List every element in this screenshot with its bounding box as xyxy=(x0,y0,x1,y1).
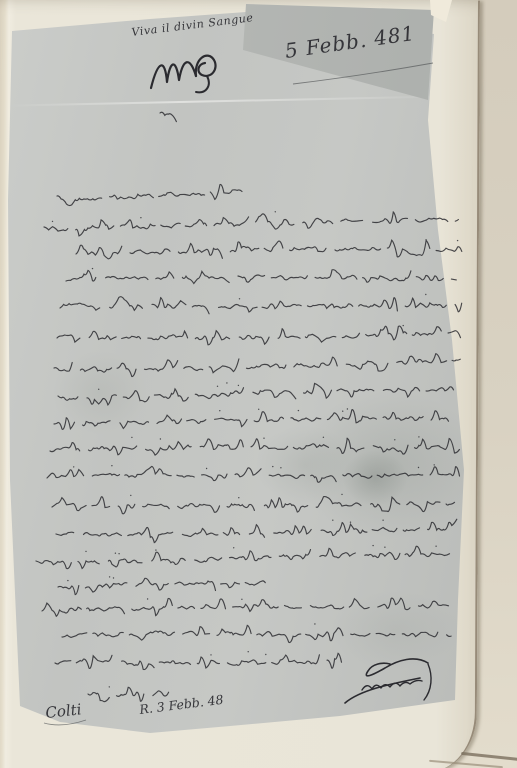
body-handwriting xyxy=(36,112,462,701)
place-annotation: Colti xyxy=(45,700,83,722)
handwriting-overlay: Viva il divin Sangue 5 Febb. 481 Colti R… xyxy=(0,0,517,768)
archive-number-underline xyxy=(293,63,433,84)
received-annotation: R. 3 Febb. 48 xyxy=(138,692,225,717)
motto-handwriting: Viva il divin Sangue xyxy=(131,11,254,39)
monogram-flourish xyxy=(151,56,216,93)
signature-flourish xyxy=(345,659,431,703)
book-photograph: Viva il divin Sangue 5 Febb. 481 Colti R… xyxy=(0,0,517,768)
archive-number-handwriting: 5 Febb. 481 xyxy=(283,21,416,63)
